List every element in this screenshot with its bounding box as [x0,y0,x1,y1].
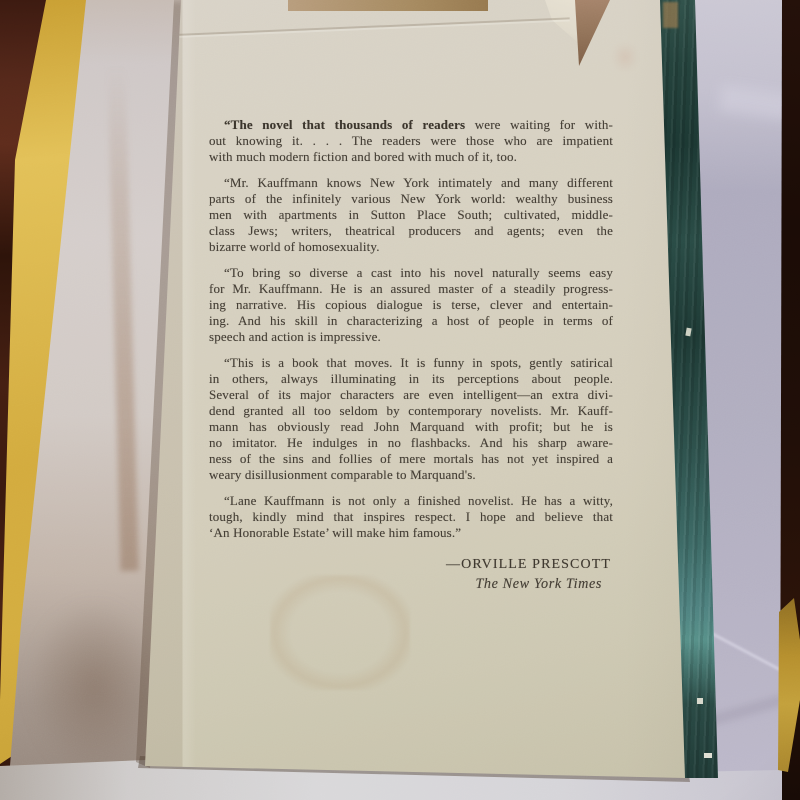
review-line: “This is a book that moves. It is funny … [209,355,613,371]
jacket-smudge [612,42,638,72]
board-chip [704,753,712,758]
review-text-block: “The novel that thousands of readers wer… [209,117,613,592]
paper-stain-streak [107,66,138,571]
jacket-crease-highlight [150,19,570,39]
board-wear-patch [663,2,678,28]
review-paragraph: “Mr. Kauffmann knows New York intimately… [209,175,613,255]
attribution: —ORVILLE PRESCOTT The New York Times [209,557,613,592]
photo-book-back-cover: “The novel that thousands of readers wer… [0,0,800,800]
review-line: Several of its major characters are even… [209,387,613,403]
review-line: for Mr. Kauffmann. He is an assured mast… [209,281,613,297]
review-paragraph: “To bring so diverse a cast into his nov… [209,265,613,345]
review-line: out knowing it. . . . The readers were t… [209,133,613,149]
review-line: men with apartments in Sutton Place Sout… [209,207,613,223]
attribution-name: —ORVILLE PRESCOTT [209,557,611,573]
review-line: no imitator. He indulges in no flashback… [209,435,613,451]
review-line: “Mr. Kauffmann knows New York intimately… [209,175,613,191]
review-paragraph: “Lane Kauffmann is not only a finished n… [209,493,613,541]
review-line: speech and action is impressive. [209,329,613,345]
review-paragraphs: “The novel that thousands of readers wer… [209,117,613,541]
paper-crease [719,85,792,120]
review-line: tough, kindly mind that inspires respect… [209,509,613,525]
review-line: ing. And his skill in characterizing a h… [209,313,613,329]
page-edge-strip-top [288,0,488,11]
review-line: parts of the infinitely various New York… [209,191,613,207]
review-line: “To bring so diverse a cast into his nov… [209,265,613,281]
review-line: mann has obviously read John Marquand wi… [209,419,613,435]
review-line: ing narrative. His copious dialogue is t… [209,297,613,313]
review-line: ‘An Honorable Estate’ will make him famo… [209,525,613,541]
review-line: in others, always illuminating in its pe… [209,371,613,387]
review-line: dend granted all too seldom by contempor… [209,403,613,419]
jacket-stain-ring [270,575,410,690]
review-line: class Jews; writers, theatrical producer… [209,223,613,239]
review-line: “Lane Kauffmann is not only a finished n… [209,493,613,509]
review-paragraph: “This is a book that moves. It is funny … [209,355,613,484]
review-line: bizarre world of homosexuality. [209,239,613,255]
review-line: weary disillusionment comparable to Marq… [209,467,613,483]
board-chip [697,698,703,704]
review-paragraph: “The novel that thousands of readers wer… [209,117,613,165]
review-line: “The novel that thousands of readers wer… [209,117,613,133]
review-line: ness of the sins and follies of mere mor… [209,451,613,467]
review-line: with much modern fiction and bored with … [209,149,613,165]
attribution-source: The New York Times [209,576,611,592]
